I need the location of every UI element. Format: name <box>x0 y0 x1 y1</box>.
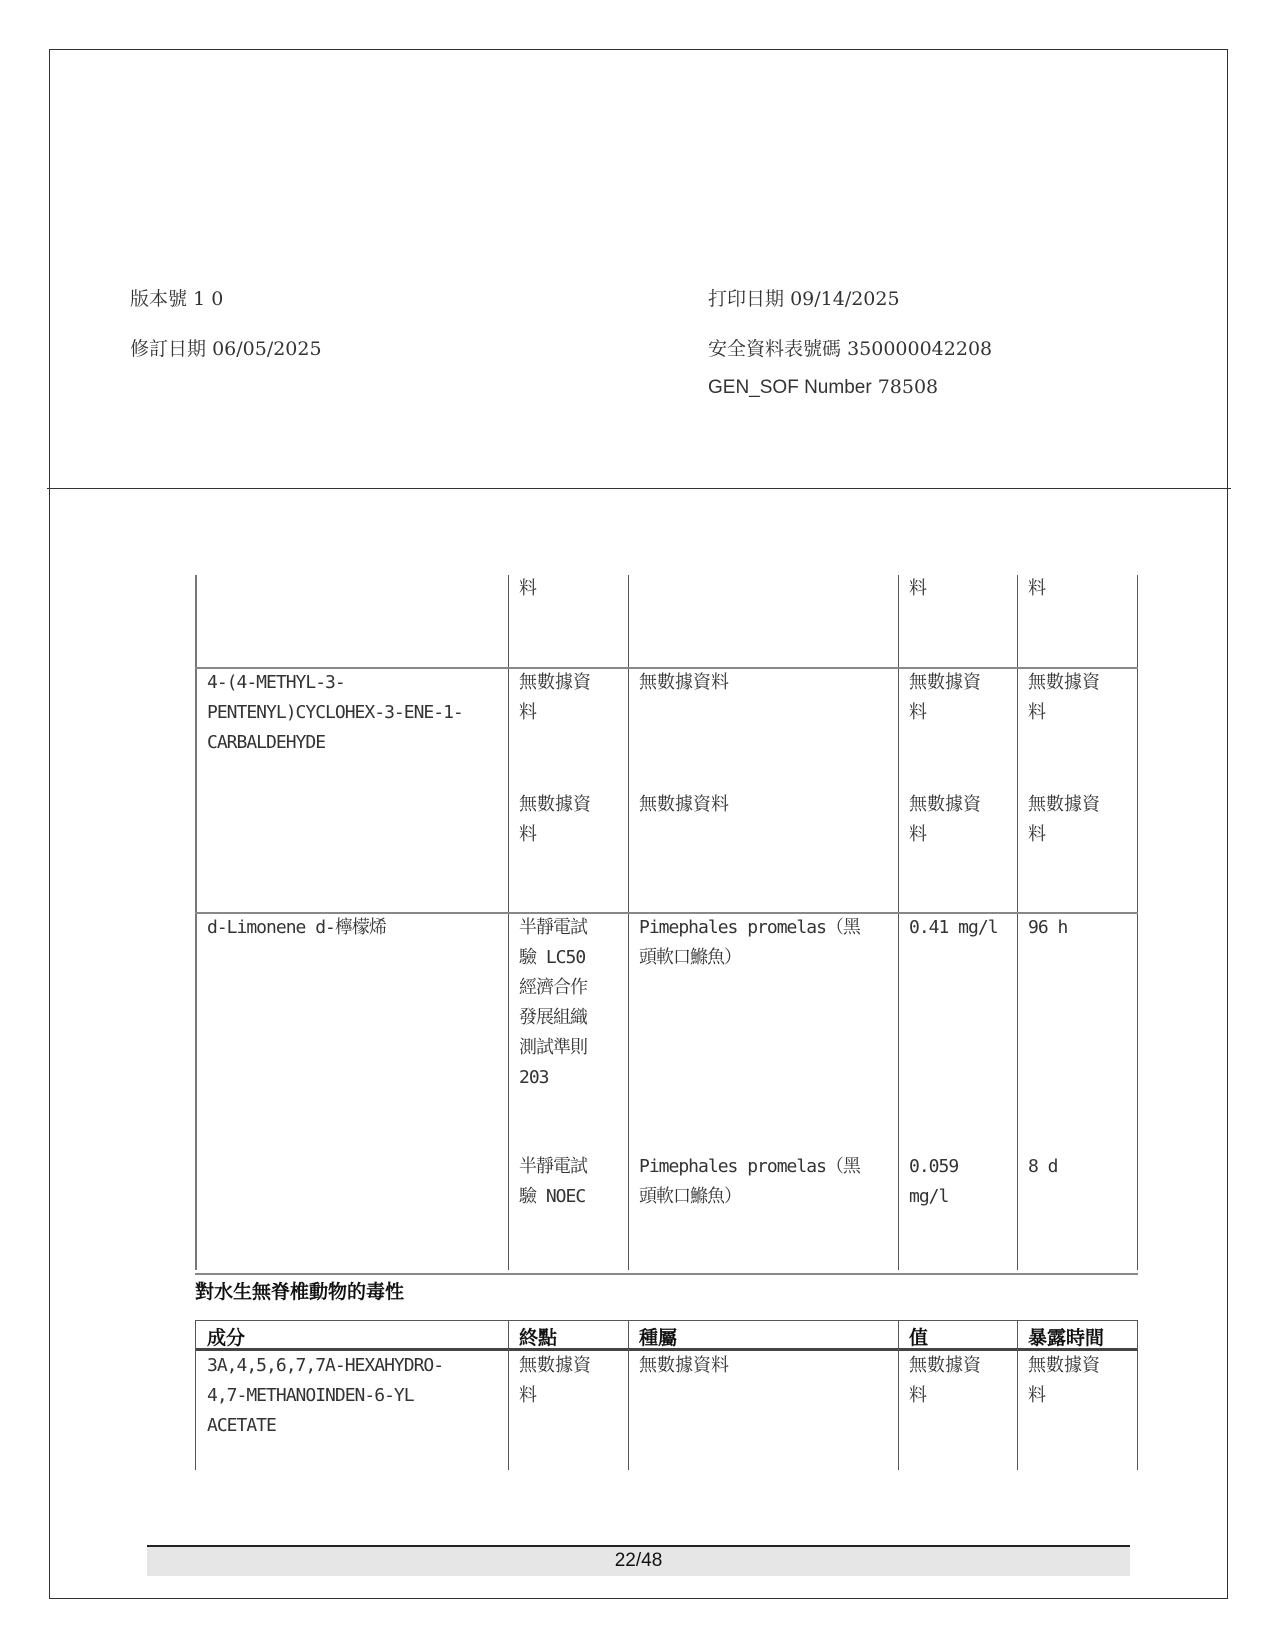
column-header-component: 成分 <box>207 1323 245 1350</box>
column-header-species: 種屬 <box>639 1323 677 1350</box>
text-line: 無數據資 <box>519 668 591 698</box>
component-line: ACETATE <box>207 1411 443 1441</box>
cell-value: 無數據資 料 <box>909 790 981 850</box>
column-header-exposure: 暴露時間 <box>1028 1323 1104 1350</box>
print-value: 09/14/2025 <box>790 288 900 310</box>
sds-number: 安全資料表號碼 350000042208 <box>708 334 992 361</box>
column-divider <box>508 575 509 1270</box>
text-line: 經濟合作 <box>519 973 587 1003</box>
cell-component: 3A,4,5,6,7,7A-HEXAHYDRO- 4,7-METHANOINDE… <box>207 1351 443 1441</box>
column-divider <box>1017 1320 1018 1470</box>
revision-date: 修訂日期 06/05/2025 <box>130 334 322 361</box>
text-line: mg/l <box>909 1182 958 1212</box>
cell-endpoint: 無數據資 料 <box>519 1351 591 1411</box>
cell-value: 無數據資 料 <box>909 1351 981 1411</box>
text-line: 無數據資 <box>1028 790 1100 820</box>
text-line: 料 <box>519 820 591 850</box>
gen-sof-label: GEN_SOF Number <box>708 377 872 398</box>
column-header-value: 值 <box>909 1323 928 1350</box>
text-line: 無數據資 <box>519 1351 591 1381</box>
text-line: 無數據資 <box>909 668 981 698</box>
column-divider <box>898 1320 899 1470</box>
text-line: 料 <box>519 1381 591 1411</box>
version-value: 1 0 <box>193 288 223 310</box>
text-line: 料 <box>909 1381 981 1411</box>
sds-value: 350000042208 <box>847 338 992 360</box>
text-line: 無數據資 <box>1028 1351 1100 1381</box>
cell-endpoint: 料 <box>519 574 537 604</box>
text-line: 無數據資 <box>909 1351 981 1381</box>
page-footer: 22/48 <box>147 1545 1130 1576</box>
cell-species: 無數據資料 <box>639 790 729 820</box>
cell-endpoint: 半靜電試 驗 NOEC <box>519 1152 587 1212</box>
cell-endpoint: 無數據資 料 <box>519 668 591 728</box>
cell-exposure: 無數據資 料 <box>1028 1351 1100 1411</box>
text-line: 半靜電試 <box>519 1152 587 1182</box>
cell-exposure: 8 d <box>1028 1152 1058 1182</box>
text-line: 無數據資 <box>909 790 981 820</box>
header-divider <box>47 488 1231 489</box>
component-line: CARBALDEHYDE <box>207 728 463 758</box>
text-line: 驗 NOEC <box>519 1182 587 1212</box>
column-divider <box>628 1320 629 1470</box>
text-line: 測試準則 <box>519 1033 587 1063</box>
table-border-left <box>195 1320 196 1470</box>
column-divider <box>508 1320 509 1470</box>
revision-label: 修訂日期 <box>130 338 206 360</box>
cell-exposure: 無數據資 料 <box>1028 790 1100 850</box>
cell-species: Pimephales promelas（黑 頭軟口鰷魚） <box>639 913 860 973</box>
text-line: 驗 LC50 <box>519 943 587 973</box>
table-border-right <box>1137 1320 1138 1470</box>
revision-value: 06/05/2025 <box>212 338 322 360</box>
component-line: PENTENYL)CYCLOHEX-3-ENE-1- <box>207 698 463 728</box>
table-bottom <box>195 1273 1138 1275</box>
gen-sof-number: GEN_SOF Number 78508 <box>708 376 938 399</box>
text-line: Pimephales promelas（黑 <box>639 913 860 943</box>
text-line: 0.059 <box>909 1152 958 1182</box>
column-divider <box>628 575 629 1270</box>
cell-component: d-Limonene d-檸檬烯 <box>207 913 386 943</box>
cell-exposure: 料 <box>1028 574 1046 604</box>
table-top <box>195 1320 1138 1321</box>
cell-species: 無數據資料 <box>639 668 729 698</box>
cell-species: Pimephales promelas（黑 頭軟口鰷魚） <box>639 1152 860 1212</box>
section-title-invertebrate-toxicity: 對水生無脊椎動物的毒性 <box>195 1277 404 1304</box>
text-line: 頭軟口鰷魚） <box>639 1182 860 1212</box>
page-number: 22/48 <box>147 1550 1130 1572</box>
text-line: 料 <box>909 698 981 728</box>
text-line: 料 <box>1028 820 1100 850</box>
column-divider <box>1017 575 1018 1270</box>
sds-label: 安全資料表號碼 <box>708 338 841 360</box>
component-line: 4-(4-METHYL-3- <box>207 668 463 698</box>
text-line: 203 <box>519 1063 587 1093</box>
cell-value: 無數據資 料 <box>909 668 981 728</box>
text-line: 料 <box>1028 698 1100 728</box>
cell-value: 0.41 mg/l <box>909 913 998 943</box>
text-line: 半靜電試 <box>519 913 587 943</box>
text-line: 無數據資 <box>519 790 591 820</box>
text-line: 料 <box>909 820 981 850</box>
cell-exposure: 無數據資 料 <box>1028 668 1100 728</box>
version-label: 版本號 <box>130 288 187 310</box>
text-line: 料 <box>519 698 591 728</box>
text-line: 頭軟口鰷魚） <box>639 943 860 973</box>
table-border-right <box>1137 575 1138 1270</box>
column-divider <box>898 575 899 1270</box>
cell-species: 無數據資料 <box>639 1351 729 1381</box>
cell-endpoint: 無數據資 料 <box>519 790 591 850</box>
cell-value: 0.059 mg/l <box>909 1152 958 1212</box>
component-line: 4,7-METHANOINDEN-6-YL <box>207 1381 443 1411</box>
version-number: 版本號 1 0 <box>130 284 223 311</box>
column-header-endpoint: 終點 <box>519 1323 557 1350</box>
cell-value: 料 <box>909 574 927 604</box>
cell-exposure: 96 h <box>1028 913 1067 943</box>
cell-component: 4-(4-METHYL-3- PENTENYL)CYCLOHEX-3-ENE-1… <box>207 668 463 758</box>
text-line: 料 <box>1028 1381 1100 1411</box>
text-line: Pimephales promelas（黑 <box>639 1152 860 1182</box>
component-line: 3A,4,5,6,7,7A-HEXAHYDRO- <box>207 1351 443 1381</box>
gen-sof-value: 78508 <box>878 376 938 398</box>
cell-endpoint: 半靜電試 驗 LC50 經濟合作 發展組織 測試準則 203 <box>519 913 587 1093</box>
table-border-left <box>195 575 197 1270</box>
text-line: 發展組織 <box>519 1003 587 1033</box>
print-label: 打印日期 <box>708 288 784 310</box>
text-line: 無數據資 <box>1028 668 1100 698</box>
print-date: 打印日期 09/14/2025 <box>708 284 900 311</box>
